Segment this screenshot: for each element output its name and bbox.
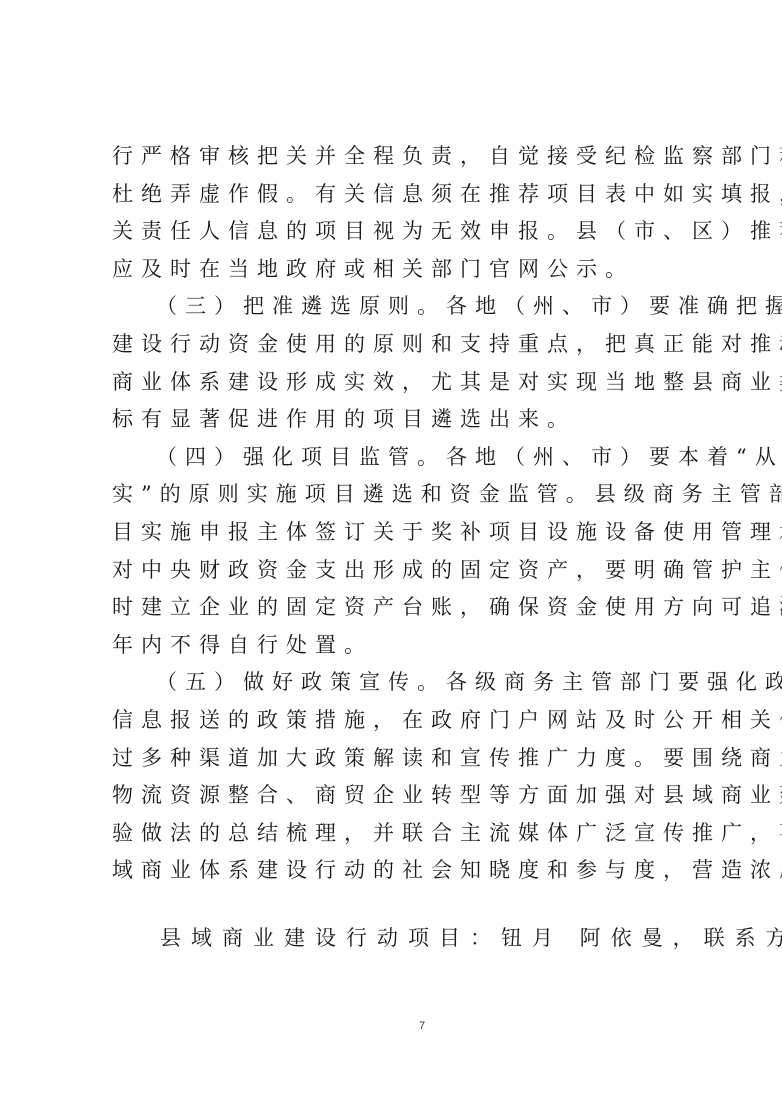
paragraph-line: 时建立企业的固定资产台账，确保资金使用方向可追溯，明确五: [112, 589, 712, 627]
body-text: 行严格审核把关并全程负责，自觉接受纪检监察部门和社会监督， 杜绝弄虚作假。有关信…: [112, 138, 712, 890]
section-4-heading-line: （四）强化项目监管。各地（州、市）要本着“从严从紧从: [112, 439, 712, 477]
paragraph-line: 过多种渠道加大政策解读和宣传推广力度。要围绕商业网点改造: [112, 740, 712, 778]
document-page: 行严格审核把关并全程负责，自觉接受纪检监察部门和社会监督， 杜绝弄虚作假。有关信…: [0, 0, 782, 1111]
paragraph-line: 商业体系建设形成实效，尤其是对实现当地整县商业类型建设目: [112, 364, 712, 402]
paragraph-line: 实”的原则实施项目遴选和资金监管。县级商务主管部门须与项: [112, 476, 712, 514]
paragraph-line: 标有显著促进作用的项目遴选出来。: [112, 401, 712, 439]
paragraph-line: 域商业体系建设行动的社会知晓度和参与度，营造浓厚工作氛围。: [112, 852, 712, 890]
contact-line: 县域商业建设行动项目：钮月 阿依曼，联系方式：: [160, 920, 720, 956]
paragraph-line: 建设行动资金使用的原则和支持重点，把真正能对推动当地县域: [112, 326, 712, 364]
page-number: 7: [419, 1020, 425, 1032]
paragraph-line: 对中央财政资金支出形成的固定资产，要明确管护主体责任，及: [112, 552, 712, 590]
paragraph-line: 行严格审核把关并全程负责，自觉接受纪检监察部门和社会监督，: [112, 138, 712, 176]
paragraph-line: 应及时在当地政府或相关部门官网公示。: [112, 251, 712, 289]
paragraph-line: 关责任人信息的项目视为无效申报。县（市、区）推荐项目信息: [112, 213, 712, 251]
section-5-heading-line: （五）做好政策宣传。各级商务主管部门要强化政务公开和: [112, 664, 712, 702]
section-3-heading-line: （三）把准遴选原则。各地（州、市）要准确把握县域商业: [112, 288, 712, 326]
paragraph-line: 年内不得自行处置。: [112, 627, 712, 665]
paragraph-line: 验做法的总结梳理，并联合主流媒体广泛宣传推广，不断提升县: [112, 815, 712, 853]
paragraph-line: 信息报送的政策措施，在政府门户网站及时公开相关信息，要通: [112, 702, 712, 740]
paragraph-line: 物流资源整合、商贸企业转型等方面加强对县域商业建设典型经: [112, 777, 712, 815]
paragraph-line: 目实施申报主体签订关于奖补项目设施设备使用管理承诺协议，: [112, 514, 712, 552]
paragraph-line: 杜绝弄虚作假。有关信息须在推荐项目表中如实填报，未明确相: [112, 176, 712, 214]
